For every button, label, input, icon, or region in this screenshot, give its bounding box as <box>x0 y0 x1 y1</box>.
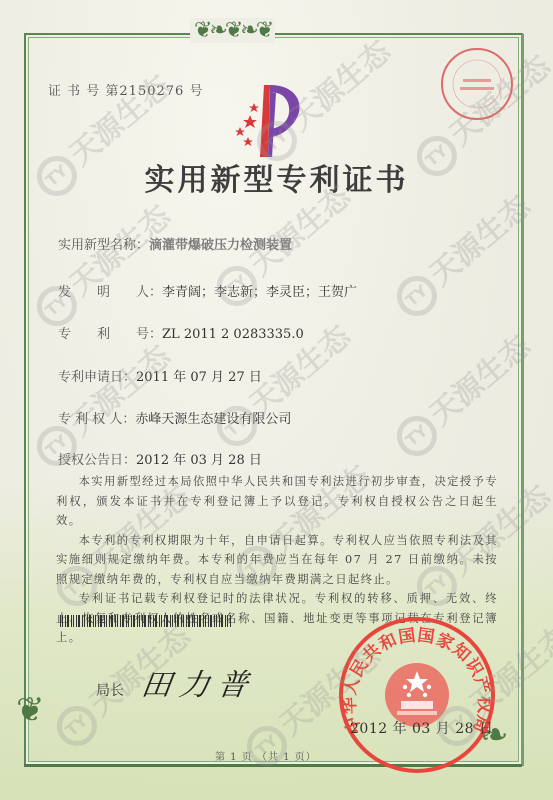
inventor-label: 发 明 人： <box>58 281 162 300</box>
official-seal-stamp: 中华人民共和国国家知识产权局 <box>335 613 499 777</box>
page-indicator: 第 1 页 （共 1 页） <box>215 748 317 763</box>
body-paragraph: 本实用新型经过本局依照中华人民共和国专利法进行初步审查，决定授予专利权，颁发本证… <box>56 472 498 531</box>
certificate-number-label: 证 书 号 第 <box>48 84 119 99</box>
certificate-number: 证 书 号 第2150276 号 <box>48 80 203 99</box>
body-paragraph: 本专利的专利权期限为十年，自申请日起算。专利权人应当依照专利法及其实施细则规定缴… <box>56 531 498 590</box>
application-date-value: 2011 年 07 月 27 日 <box>136 370 262 385</box>
inventor-value: 李青阔；李志新；李灵臣；王贺广 <box>162 285 357 300</box>
patent-number-value: ZL 2011 2 0283335.0 <box>162 327 304 342</box>
application-date-field: 专利申请日：2011 年 07 月 27 日 <box>58 366 262 385</box>
grant-date-field: 授权公告日：2012 年 03 月 28 日 <box>58 449 262 468</box>
border-right-edge <box>521 34 524 766</box>
director-label: 局长 <box>96 680 124 700</box>
inventor-field: 发 明 人：李青阔；李志新；李灵臣；王贺广 <box>58 281 357 300</box>
patent-number-label: 专 利 号： <box>58 323 162 342</box>
utility-model-name-field: 实用新型名称：滴灌带爆破压力检测装置 <box>58 234 292 253</box>
patent-office-logo-icon <box>230 75 310 160</box>
certificate-number-value: 2150276 <box>119 84 184 99</box>
corner-ornament-icon: ❦ <box>16 690 42 730</box>
dragon-ornament-icon: ❦❧❦❧❦ <box>190 18 275 43</box>
certificate-number-suffix: 号 <box>189 84 203 99</box>
utility-model-name-value: 滴灌带爆破压力检测装置 <box>149 238 292 253</box>
utility-model-name-label: 实用新型名称： <box>58 234 149 253</box>
barcode <box>60 615 232 627</box>
director-signature: 田力普 <box>139 660 259 704</box>
patentee-field: 专 利 权 人：赤峰天源生态建设有限公司 <box>58 408 291 427</box>
patentee-value: 赤峰天源生态建设有限公司 <box>135 412 291 427</box>
certificate-title: 实用新型专利证书 <box>0 155 553 199</box>
company-seal-stamp <box>438 45 516 123</box>
seal-date: 2012 年 03 月 28 日 <box>350 718 494 738</box>
application-date-label: 专利申请日： <box>58 366 136 385</box>
patent-number-field: 专 利 号：ZL 2011 2 0283335.0 <box>58 323 304 342</box>
grant-date-label: 授权公告日： <box>58 449 136 468</box>
patentee-label: 专 利 权 人： <box>58 408 135 427</box>
grant-date-value: 2012 年 03 月 28 日 <box>136 453 262 468</box>
